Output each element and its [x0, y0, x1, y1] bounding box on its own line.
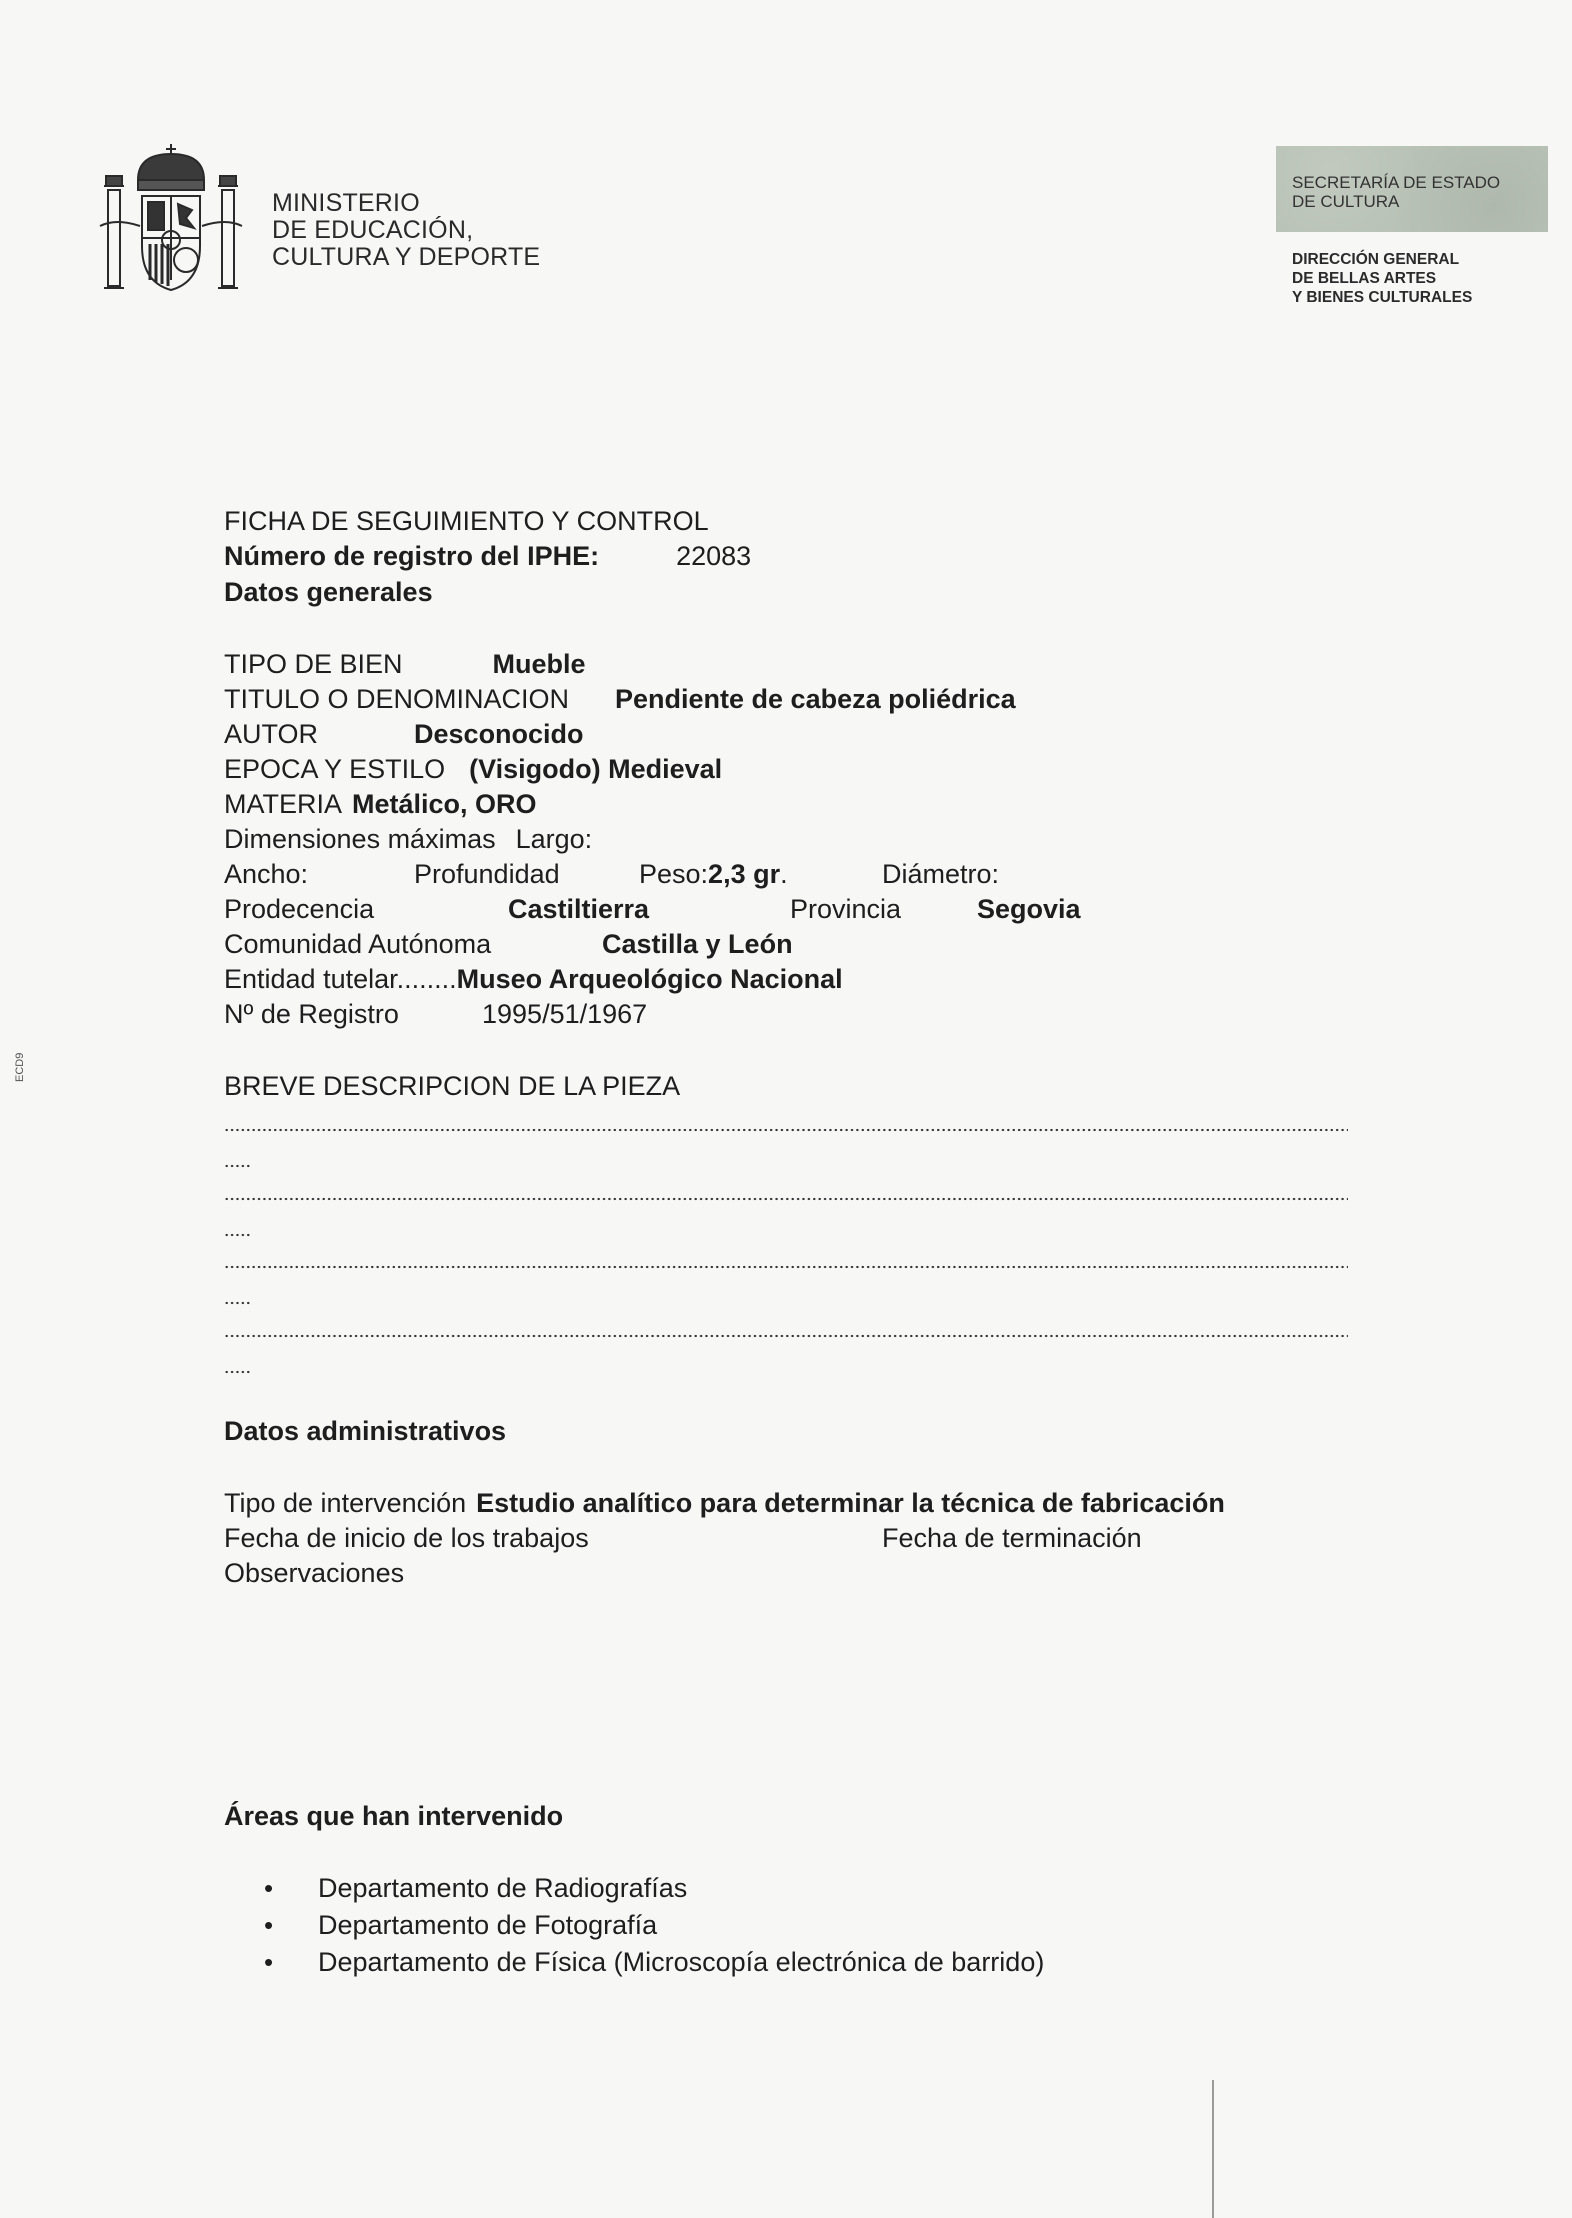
ancho-label: Ancho: — [224, 858, 308, 890]
area-label: Departamento de Fotografía — [318, 1910, 657, 1940]
observaciones-label: Observaciones — [224, 1557, 404, 1589]
peso-field: Peso:2,3 gr. — [639, 858, 788, 890]
ministry-line-2: DE EDUCACIÓN, — [272, 217, 540, 244]
materia-label: MATERIA — [224, 789, 342, 819]
titulo-label: TITULO O DENOMINACION — [224, 684, 569, 714]
autor-label: AUTOR — [224, 719, 318, 749]
fecha-inicio-label: Fecha de inicio de los trabajos — [224, 1522, 589, 1554]
datos-generales-heading: Datos generales — [224, 576, 433, 608]
tipo-intervencion-row: Tipo de intervenciónEstudio analítico pa… — [224, 1487, 1225, 1519]
coat-of-arms-icon — [96, 140, 246, 300]
direccion-line-3: Y BIENES CULTURALES — [1292, 288, 1472, 307]
entidad-label: Entidad tutelar........ — [224, 964, 457, 994]
document-title: FICHA DE SEGUIMIENTO Y CONTROL — [224, 505, 709, 537]
comunidad-label: Comunidad Autónoma — [224, 928, 491, 960]
entidad-value: Museo Arqueológico Nacional — [457, 964, 843, 994]
descripcion-line-3[interactable] — [224, 1265, 1348, 1269]
area-label: Departamento de Física (Microscopía elec… — [318, 1947, 1044, 1977]
dimensiones-label: Dimensiones máximas — [224, 824, 496, 854]
profundidad-label: Profundidad — [414, 858, 560, 890]
tipo-de-bien-label: TIPO DE BIEN — [224, 649, 403, 679]
entidad-row: Entidad tutelar........Museo Arqueológic… — [224, 963, 843, 995]
bullet-icon: • — [264, 1870, 273, 1907]
direccion-line-1: DIRECCIÓN GENERAL — [1292, 250, 1472, 269]
peso-label: Peso: — [639, 859, 708, 889]
materia-value: Metálico, ORO — [352, 789, 537, 819]
autor-row: AUTORDesconocido — [224, 718, 584, 750]
materia-row: MATERIAMetálico, ORO — [224, 788, 537, 820]
registro-iphe-value: 22083 — [676, 541, 751, 571]
secretaria-name: SECRETARÍA DE ESTADO DE CULTURA — [1292, 173, 1500, 211]
descripcion-line-2[interactable] — [224, 1197, 1348, 1201]
diametro-label: Diámetro: — [882, 858, 999, 890]
ministry-line-3: CULTURA Y DEPORTE — [272, 244, 540, 271]
autor-value: Desconocido — [414, 719, 584, 749]
n-registro-label: Nº de Registro — [224, 998, 399, 1030]
descripcion-line-1[interactable] — [224, 1128, 1348, 1132]
comunidad-value: Castilla y León — [602, 928, 793, 960]
tipo-de-bien-row: TIPO DE BIENMueble — [224, 648, 586, 680]
areas-heading: Áreas que han intervenido — [224, 1800, 563, 1832]
epoca-label: EPOCA Y ESTILO — [224, 754, 445, 784]
procedencia-label: Prodecencia — [224, 893, 374, 925]
tipo-de-bien-value: Mueble — [493, 649, 586, 679]
epoca-row: EPOCA Y ESTILO(Visigodo) Medieval — [224, 753, 722, 785]
area-label: Departamento de Radiografías — [318, 1873, 687, 1903]
ministry-line-1: MINISTERIO — [272, 190, 540, 217]
direccion-general-name: DIRECCIÓN GENERAL DE BELLAS ARTES Y BIEN… — [1292, 250, 1472, 307]
datos-administrativos-heading: Datos administrativos — [224, 1415, 506, 1447]
list-item: •Departamento de Radiografías — [224, 1870, 1044, 1907]
bullet-icon: • — [264, 1907, 273, 1944]
n-registro-value: 1995/51/1967 — [482, 998, 647, 1030]
scan-margin-line — [1212, 2080, 1214, 2218]
descripcion-line-4[interactable] — [224, 1334, 1348, 1338]
registro-iphe-row: Número de registro del IPHE: 22083 — [224, 540, 751, 572]
direccion-line-2: DE BELLAS ARTES — [1292, 269, 1472, 288]
descripcion-line-1-cont — [224, 1164, 250, 1168]
titulo-value: Pendiente de cabeza poliédrica — [615, 684, 1016, 714]
registro-iphe-label: Número de registro del IPHE: — [224, 541, 599, 571]
provincia-label: Provincia — [790, 893, 901, 925]
descripcion-heading: BREVE DESCRIPCION DE LA PIEZA — [224, 1070, 680, 1102]
peso-suffix: . — [780, 859, 788, 889]
secretaria-line-2: DE CULTURA — [1292, 192, 1500, 211]
tipo-intervencion-label: Tipo de intervención — [224, 1488, 466, 1518]
dimensiones-row: Dimensiones máximasLargo: — [224, 823, 592, 855]
titulo-row: TITULO O DENOMINACIONPendiente de cabeza… — [224, 683, 1016, 715]
fecha-terminacion-label: Fecha de terminación — [882, 1522, 1142, 1554]
peso-value: 2,3 gr — [708, 859, 780, 889]
provincia-value: Segovia — [977, 893, 1081, 925]
descripcion-line-2-cont — [224, 1233, 250, 1237]
descripcion-line-4-cont — [224, 1370, 250, 1374]
bullet-icon: • — [264, 1944, 273, 1981]
list-item: •Departamento de Física (Microscopía ele… — [224, 1944, 1044, 1981]
ministry-name: MINISTERIO DE EDUCACIÓN, CULTURA Y DEPOR… — [272, 190, 540, 271]
secretaria-line-1: SECRETARÍA DE ESTADO — [1292, 173, 1500, 192]
tipo-intervencion-value: Estudio analítico para determinar la téc… — [476, 1488, 1225, 1518]
epoca-value: (Visigodo) Medieval — [469, 754, 722, 784]
largo-label: Largo: — [516, 824, 593, 854]
procedencia-value: Castiltierra — [508, 893, 649, 925]
side-document-code: ECD9 — [14, 1053, 26, 1082]
descripcion-line-3-cont — [224, 1301, 250, 1305]
areas-list: •Departamento de Radiografías •Departame… — [224, 1870, 1044, 1981]
list-item: •Departamento de Fotografía — [224, 1907, 1044, 1944]
